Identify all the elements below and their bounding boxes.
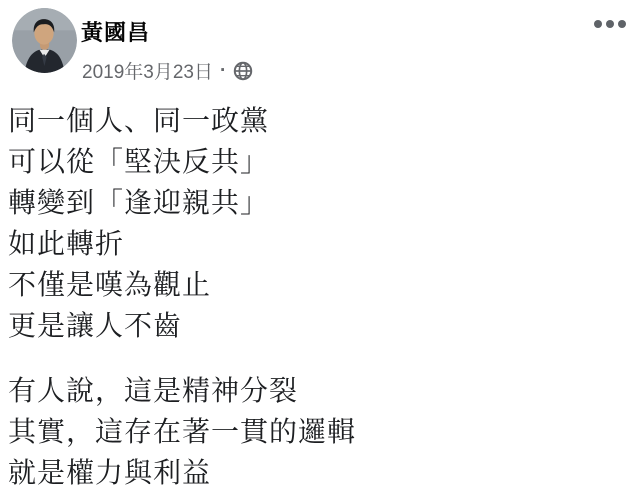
ellipsis-icon [618,20,626,28]
post-line: 可以從「堅決反共」 [8,141,632,182]
avatar[interactable] [12,8,77,73]
post-text: 同一個人、同一政黨 可以從「堅決反共」 轉變到「逢迎親共」 如此轉折 不僅是嘆為… [8,100,632,488]
post-date[interactable]: 2019年3月23日 [82,57,213,84]
profile-photo [12,8,77,73]
post-line: 就是權力與利益 [8,452,632,488]
ellipsis-icon [594,20,602,28]
post-line: 同一個人、同一政黨 [8,100,632,141]
ellipsis-icon [606,20,614,28]
globe-icon [233,61,253,81]
post-paragraph: 同一個人、同一政黨 可以從「堅決反共」 轉變到「逢迎親共」 如此轉折 不僅是嘆為… [8,100,632,346]
post-line: 更是讓人不齒 [8,305,632,346]
post-meta: 2019年3月23日 · [82,57,253,84]
author-name[interactable]: 黃國昌 [81,16,150,47]
post-line: 如此轉折 [8,223,632,264]
post-line: 其實，這存在著一貫的邏輯 [8,411,632,452]
meta-separator: · [220,60,226,82]
facebook-post: 黃國昌 2019年3月23日 · 同一個人、同一政黨 可以從「堅決反共」 轉變到… [0,0,640,488]
post-line: 有人說，這是精神分裂 [8,370,632,411]
post-paragraph: 有人說，這是精神分裂 其實，這存在著一貫的邏輯 就是權力與利益 [8,370,632,488]
more-options-button[interactable] [590,16,630,32]
post-header: 黃國昌 2019年3月23日 · [0,0,640,96]
post-line: 不僅是嘆為觀止 [8,264,632,305]
post-line: 轉變到「逢迎親共」 [8,182,632,223]
